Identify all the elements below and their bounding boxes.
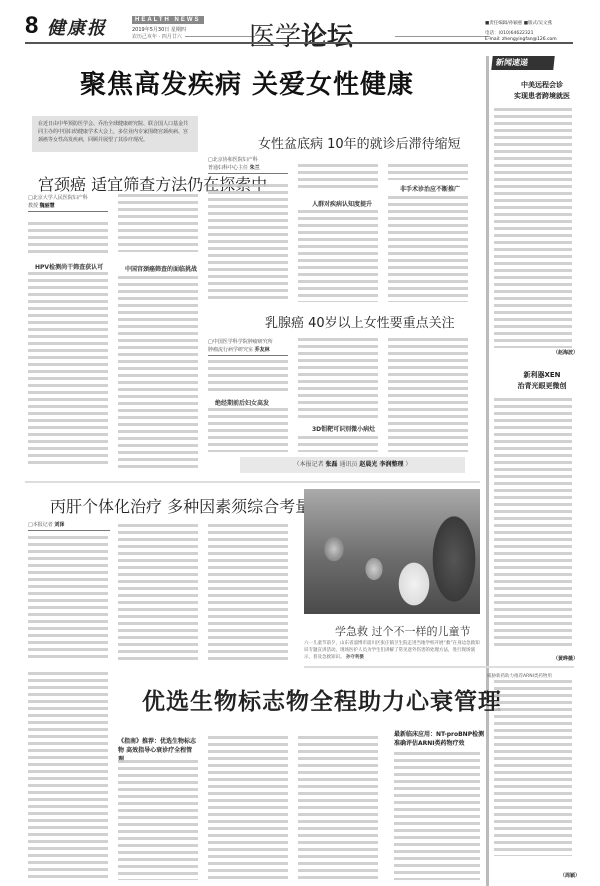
- sidebar-rule: [486, 56, 489, 886]
- byline-name: 刘泽: [54, 522, 64, 528]
- section-divider: [25, 481, 480, 483]
- article-text: [118, 194, 198, 252]
- section-divider: [304, 666, 574, 668]
- article-text: [388, 338, 468, 452]
- byline-org: □北京协和医院妇产科: [208, 156, 288, 164]
- article-text: [28, 272, 108, 468]
- byline-breast: □中国医学科学院肿瘤研究所 肿瘤流行病学研究室 乔友林: [208, 338, 288, 356]
- article-text: [208, 524, 288, 660]
- subhead: 中国宫颈癌筛查的面临挑战: [125, 264, 197, 273]
- byline-hepatitis: □本报记者 刘泽: [28, 521, 110, 531]
- news-brief-tag: 新闻速递: [491, 56, 554, 70]
- sidebar-text: [494, 398, 572, 650]
- english-name-badge: HEALTH NEWS: [132, 16, 204, 24]
- article-text: [298, 338, 378, 418]
- feature-headline: 聚焦高发疾病 关爱女性健康: [80, 64, 414, 101]
- children-first-aid-photo: [304, 489, 480, 614]
- final-signoff: （周颖）: [560, 872, 580, 879]
- feature-intro: 在近日由中华预防医学会、乔治全球健康研究院、联合国人口基金共同主办的中国妇幼健康…: [32, 116, 198, 152]
- article-text: [28, 222, 108, 256]
- article-text: [394, 752, 480, 880]
- byline-name: 朱兰: [250, 165, 260, 171]
- masthead: 8 健康报 HEALTH NEWS 2019年5月30日 星期四 农历己亥年 ·…: [25, 10, 573, 42]
- article-text: [118, 760, 198, 880]
- article-text: [118, 276, 198, 468]
- article-text: [388, 164, 468, 180]
- contact-phone: 电话：(010)64622321: [485, 30, 534, 36]
- subhead: 人群对疾病认知度提升: [312, 199, 372, 208]
- credit-reporter: 张磊: [326, 461, 338, 468]
- title-line: 新利器XEN: [492, 370, 592, 381]
- byline-role: 肿瘤流行病学研究室: [208, 347, 253, 353]
- article-title-pelvic: 女性盆底病 10年的就诊后滞待缩短: [258, 133, 461, 152]
- credit-correspondents: 赵晨光 李润整理: [359, 461, 403, 468]
- subhead: 最新临床应用：NT-proBNP检测 准确评估ARNI类药物疗效: [394, 730, 486, 748]
- article-text: [298, 436, 378, 452]
- credit-suffix: ）: [405, 461, 411, 468]
- byline-org: □中国医学科学院肿瘤研究所: [208, 338, 288, 346]
- article-text: [298, 736, 378, 880]
- article-title-hepatitis: 丙肝个体化治疗 多种因素须综合考量: [50, 494, 311, 517]
- section-title-a: 医学: [249, 22, 301, 52]
- editors-credit: ■责任编辑/孙颖惠 ■版式/吴文燕: [485, 20, 552, 26]
- sidebar-text: [494, 108, 572, 348]
- header-rule: [185, 36, 255, 37]
- header-rule: [395, 36, 490, 37]
- credit-middle: 通讯员: [339, 461, 357, 468]
- subhead: HPV检测尚干筛查获认可: [35, 262, 103, 271]
- sidebar-signoff: （黄晔薇）: [553, 655, 578, 662]
- article-text: [298, 210, 378, 302]
- byline-name: 乔友林: [255, 347, 270, 353]
- title-line: 治青光眼更微创: [492, 381, 592, 392]
- section-title: 医学论坛: [249, 16, 353, 53]
- byline-org: □本报记者: [28, 522, 53, 528]
- photo-caption: 六一儿童节前夕，山东省淄博市淄川区张庄镇卫生院走进当地学校开展“救”在身边急救知…: [304, 640, 480, 661]
- byline-role: 普通妇科中心主任: [208, 165, 248, 171]
- sidebar-text: [494, 680, 572, 856]
- article-text: [118, 524, 198, 660]
- byline-name: 魏丽慧: [40, 203, 55, 209]
- article-text: [28, 672, 108, 880]
- article-text: [28, 536, 108, 660]
- photographer: 孙守利摄: [346, 655, 364, 660]
- article-text: [208, 736, 288, 880]
- lunar-date: 农历己亥年 · 四月廿六: [132, 33, 182, 40]
- credit-prefix: （本报记者: [294, 461, 324, 468]
- byline-role: 教授: [28, 203, 38, 209]
- byline-cervical: □北京大学人民医院妇产科 教授 魏丽慧: [28, 194, 108, 212]
- footer-note: 威胁新药助力推荐ARNI类药物用: [487, 673, 552, 679]
- article-title-breast: 乳腺癌 40岁以上女性要重点关注: [265, 312, 455, 331]
- title-line: 实现患者跨境就医: [492, 91, 592, 102]
- section-title-b: 论坛: [301, 22, 353, 52]
- sidebar-item-title: 新利器XEN 治青光眼更微创: [492, 370, 592, 392]
- article-text: [298, 164, 378, 190]
- title-line: 中美远程会诊: [492, 80, 592, 91]
- header-divider: [25, 42, 573, 44]
- byline-pelvic: □北京协和医院妇产科 普通妇科中心主任 朱兰: [208, 156, 288, 174]
- subhead: 3D钼靶可识别微小病灶: [312, 424, 375, 433]
- issue-date: 2019年5月30日 星期四: [132, 26, 186, 33]
- photo-caption-text: 六一儿童节前夕，山东省淄博市淄川区张庄镇卫生院走进当地学校开展“救”在身边急救知…: [304, 641, 480, 660]
- article-text: [208, 408, 288, 452]
- article-text: [208, 184, 288, 302]
- paper-name: 健康报: [47, 14, 107, 40]
- sidebar-item-title: 中美远程会诊 实现患者跨境就医: [492, 80, 592, 102]
- subhead: 绝经期前后妇女高发: [215, 398, 269, 407]
- byline-org: □北京大学人民医院妇产科: [28, 194, 108, 202]
- sidebar-signoff: （赵海波）: [553, 349, 578, 356]
- subhead: 非手术诊治应不断推广: [400, 184, 460, 193]
- photo-caption-title: 学急救 过个不一样的儿童节: [335, 623, 471, 639]
- page-number: 8: [25, 12, 38, 40]
- article-text: [388, 196, 468, 302]
- heart-failure-headline: 优选生物标志物全程助力心衰管理: [142, 683, 502, 716]
- feature-credits: （本报记者 张磊 通讯员 赵晨光 李润整理 ）: [240, 457, 465, 473]
- article-text: [208, 360, 288, 394]
